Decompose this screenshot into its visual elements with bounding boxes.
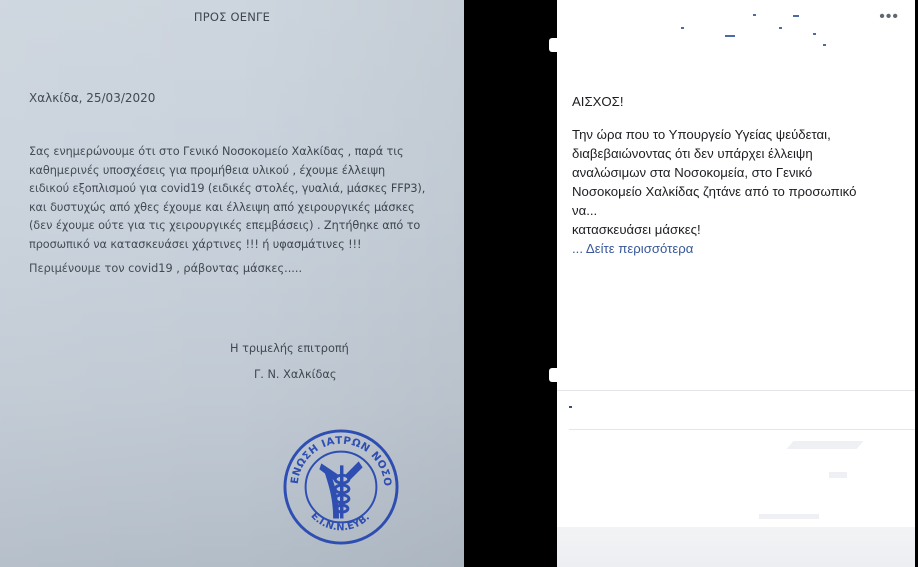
redacted-header-mark <box>681 27 684 29</box>
redacted-header-mark <box>823 44 826 46</box>
letter-body-line: (δεν έχουμε ούτε για τις χειρουργικές επ… <box>29 217 459 236</box>
see-more-link[interactable]: ... Δείτε περισσότερα <box>572 239 912 258</box>
social-post: ••• ΑΙΣΧΟΣ! Την ώρα που το Υπουργείο Υγε… <box>557 0 915 567</box>
letter-signature-hospital: Γ. Ν. Χαλκίδας <box>254 368 336 381</box>
letter-body-line: προσωπικό να κατασκευάσει χάρτινες !!! ή… <box>29 236 459 255</box>
redacted-header-mark <box>813 33 816 35</box>
post-line: ΑΙΣΧΟΣ! <box>572 92 912 111</box>
redacted-header-mark <box>725 35 735 37</box>
letter-photo: ΠΡΟΣ ΟΕΝΓΕ Χαλκίδα, 25/03/2020 Σας ενημε… <box>0 0 464 567</box>
letter-body-line: Σας ενημερώνουμε ότι στο Γενικό Νοσοκομε… <box>29 143 459 162</box>
letter-body-line: και δυστυχώς από χθες έχουμε και έλλειψη… <box>29 199 459 218</box>
redacted-header-mark <box>753 14 756 16</box>
letter-date: Χαλκίδα, 25/03/2020 <box>29 91 155 105</box>
redacted-header-mark <box>793 15 799 17</box>
divider <box>557 390 915 391</box>
panel-edge-notch <box>549 38 559 52</box>
letter-body: Σας ενημερώνουμε ότι στο Γενικό Νοσοκομε… <box>29 143 459 255</box>
post-line: Την ώρα που το Υπουργείο Υγείας ψεύδεται… <box>572 125 912 144</box>
post-text: ΑΙΣΧΟΣ! Την ώρα που το Υπουργείο Υγείας … <box>572 92 912 258</box>
union-stamp: ΕΝΩΣΗ ΙΑΤΡΩΝ ΝΟΣΟΚΟΜΕΙΩΝ Ν. ΕΥΒΟΙΑΣ Ε.Ι.… <box>282 428 400 546</box>
caduceus-icon <box>319 461 362 518</box>
stamp-outer-text: ΕΝΩΣΗ ΙΑΤΡΩΝ ΝΟΣΟΚΟΜΕΙΩΝ Ν. ΕΥΒΟΙΑΣ <box>282 428 393 487</box>
redacted-header-mark <box>779 27 782 29</box>
divider <box>569 429 915 430</box>
letter-body-line: καθημερινές υποσχέσεις για προμήθεια υλι… <box>29 162 459 181</box>
letter-recipient: ΠΡΟΣ ΟΕΝΓΕ <box>0 10 464 24</box>
post-line: να... <box>572 201 912 220</box>
svg-text:ΕΝΩΣΗ ΙΑΤΡΩΝ ΝΟΣΟΚΟΜΕΙΩΝ Ν. ΕΥ: ΕΝΩΣΗ ΙΑΤΡΩΝ ΝΟΣΟΚΟΜΕΙΩΝ Ν. ΕΥΒΟΙΑΣ <box>282 428 393 487</box>
post-line: αναλώσιμων στα Νοσοκομεία, στο Γενικό <box>572 163 912 182</box>
more-options-icon[interactable]: ••• <box>879 10 899 24</box>
post-line: διαβεβαιώνοντας ότι δεν υπάρχει έλλειψη <box>572 144 912 163</box>
redacted-smudge <box>787 441 864 449</box>
redacted-smudge <box>759 514 819 519</box>
redacted-smudge <box>829 472 847 478</box>
letter-closing: Περιμένουμε τον covid19 , ράβοντας μάσκε… <box>29 262 302 275</box>
letter-body-line: ειδικού εξοπλισμού για covid19 (ειδικές … <box>29 180 459 199</box>
panel-edge-notch <box>549 368 559 382</box>
post-line: Νοσοκομείο Χαλκίδας ζητάνε από το προσωπ… <box>572 182 912 201</box>
post-line: κατασκευάσει μάσκες! <box>572 220 912 239</box>
redacted-footer <box>557 527 915 567</box>
redacted-mark <box>569 406 572 408</box>
letter-signature-committee: Η τριμελής επιτροπή <box>230 342 349 355</box>
